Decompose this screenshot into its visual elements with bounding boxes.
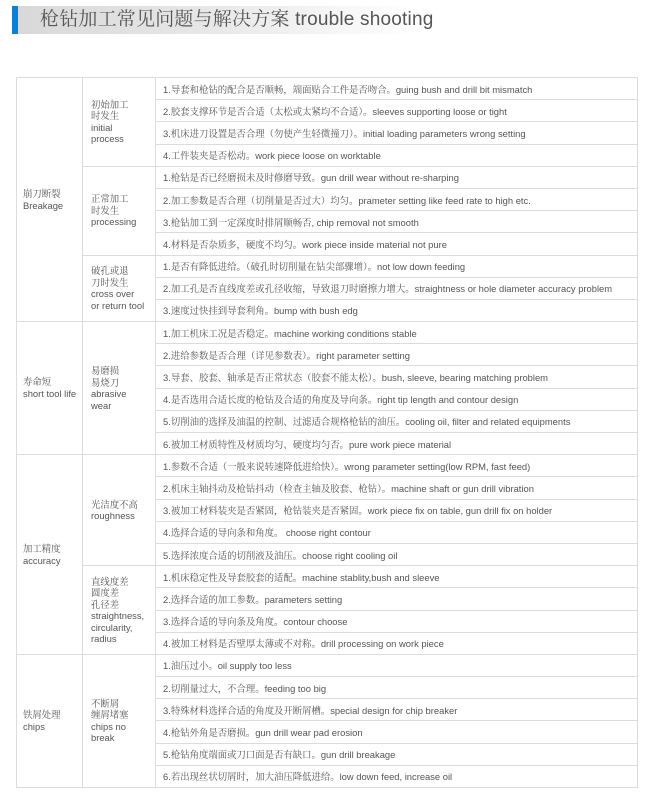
category-cell: 寿命短short tool life (17, 322, 83, 455)
solution-item: 2.进给参数是否合理（详见参数表）。right parameter settin… (156, 344, 638, 366)
symptom-label-line: chips no (91, 721, 155, 733)
symptom-label-line: process (91, 133, 155, 145)
category-cell: 铁屑处理chips (17, 654, 83, 787)
solution-item: 6.被加工材质特性及材质均匀、硬度均匀否。pure work piece mat… (156, 433, 638, 455)
category-cell: 加工精度accuracy (17, 455, 83, 655)
solution-item: 3.特殊材料选择合适的角度及开断屑槽。special design for ch… (156, 699, 638, 721)
solution-item: 1.机床稳定性及导套胶套的适配。machine stablity,bush an… (156, 566, 638, 588)
solution-item: 2.加工参数是否合理（切削量是否过大）均匀。prameter setting l… (156, 188, 638, 210)
solution-item: 4.材料是否杂质多，硬度不均匀。work piece inside materi… (156, 233, 638, 255)
category-label-en: accuracy (23, 555, 82, 567)
symptom-label-line: or return tool (91, 300, 155, 312)
symptom-label-line: 破孔或退 (91, 265, 155, 277)
symptom-label-line: 易烧刀 (91, 377, 155, 389)
symptom-label-line: straightness, (91, 610, 155, 622)
symptom-label-line: break (91, 732, 155, 744)
symptom-label-line: 圆度差 (91, 587, 155, 599)
symptom-label-line: 缠屑堵塞 (91, 709, 155, 721)
category-label-en: Breakage (23, 200, 82, 212)
header-accent-bar (12, 6, 18, 34)
symptom-label-line: abrasive (91, 388, 155, 400)
table-row: 破孔或退刀时发生cross overor return tool1.是否有降低进… (17, 255, 638, 277)
solution-item: 6.若出现丝状切屑时，加大油压降低进给。low down feed, incre… (156, 765, 638, 787)
table-row: 正常加工时发生processing1.枪钻是否已经磨损未及时修磨导致。gun d… (17, 166, 638, 188)
symptom-label-line: roughness (91, 510, 155, 522)
symptom-label-line: circularity, (91, 622, 155, 634)
solution-item: 5.枪钻角度端面或刀口面是否有缺口。gun drill breakage (156, 743, 638, 765)
symptom-label-line: 初始加工 (91, 99, 155, 111)
solution-item: 2.机床主轴抖动及枪钻抖动（检查主轴及胶套、枪钻）。machine shaft … (156, 477, 638, 499)
symptom-cell: 正常加工时发生processing (83, 166, 156, 255)
symptom-cell: 直线度差圆度差孔径差straightness,circularity,radiu… (83, 566, 156, 655)
solution-item: 2.选择合适的加工参数。parameters setting (156, 588, 638, 610)
symptom-cell: 易磨损易烧刀abrasivewear (83, 322, 156, 455)
solution-item: 5.选择浓度合适的切削液及油压。choose right cooling oil (156, 543, 638, 565)
symptom-label-line: 正常加工 (91, 193, 155, 205)
solution-item: 3.导套、胶套、轴承是否正常状态（胶套不能太松）。bush, sleeve, b… (156, 366, 638, 388)
solution-item: 3.被加工材料装夹是否紧固，枪钻装夹是否紧固。work piece fix on… (156, 499, 638, 521)
solution-item: 1.加工机床工况是否稳定。machine working conditions … (156, 322, 638, 344)
category-label-zh: 寿命短 (23, 376, 82, 388)
solution-item: 2.加工孔是否直线度差或孔径收缩，导致退刀时磨擦力增大。straightness… (156, 277, 638, 299)
section-header: 枪钻加工常见问题与解决方案 trouble shooting (12, 6, 418, 34)
solution-item: 2.切削量过大，不合理。feeding too big (156, 677, 638, 699)
symptom-cell: 光洁度不高roughness (83, 455, 156, 566)
table-row: 加工精度accuracy光洁度不高roughness1.参数不合适（一般来说转速… (17, 455, 638, 477)
table-row: 直线度差圆度差孔径差straightness,circularity,radiu… (17, 566, 638, 588)
solution-item: 5.切削油的选择及油温的控制、过滤适合规格枪钻的油压。cooling oil, … (156, 410, 638, 432)
solution-item: 4.工件装夹是否松动。work piece loose on worktable (156, 144, 638, 166)
table-row: 铁屑处理chips不断屑缠屑堵塞chips nobreak1.油压过小。oil … (17, 654, 638, 676)
category-label-zh: 铁屑处理 (23, 709, 82, 721)
symptom-label-line: processing (91, 216, 155, 228)
table-row: 崩刀断裂Breakage初始加工时发生initialprocess1.导套和枪钻… (17, 78, 638, 100)
symptom-label-line: radius (91, 633, 155, 645)
solution-item: 2.胶套支撑环节是否合适（太松或太紧均不合适）。sleeves supporti… (156, 100, 638, 122)
symptom-label-line: 光洁度不高 (91, 499, 155, 511)
solution-item: 1.枪钻是否已经磨损未及时修磨导致。gun drill wear without… (156, 166, 638, 188)
category-label-en: short tool life (23, 388, 82, 400)
solution-item: 1.参数不合适（一般来说转速降低进给快）。wrong parameter set… (156, 455, 638, 477)
solution-item: 1.导套和枪钻的配合是否顺畅，端面贴合工件是否吻合。guing bush and… (156, 78, 638, 100)
solution-item: 4.被加工材料是否壁厚太薄或不对称。drill processing on wo… (156, 632, 638, 654)
solution-item: 1.油压过小。oil supply too less (156, 654, 638, 676)
symptom-cell: 初始加工时发生initialprocess (83, 78, 156, 167)
category-label-en: chips (23, 721, 82, 733)
solution-item: 4.选择合适的导向条和角度。 choose right contour (156, 521, 638, 543)
category-cell: 崩刀断裂Breakage (17, 78, 83, 322)
symptom-label-line: cross over (91, 288, 155, 300)
symptom-label-line: 时发生 (91, 110, 155, 122)
symptom-label-line: wear (91, 400, 155, 412)
symptom-label-line: initial (91, 122, 155, 134)
symptom-label-line: 不断屑 (91, 698, 155, 710)
solution-item: 3.枪钻加工到一定深度时排屑顺畅否, chip removal not smoo… (156, 211, 638, 233)
symptom-cell: 不断屑缠屑堵塞chips nobreak (83, 654, 156, 787)
solution-item: 3.速度过快挂到导套利角。bump with bush edg (156, 299, 638, 321)
trouble-shooting-table: 崩刀断裂Breakage初始加工时发生initialprocess1.导套和枪钻… (16, 77, 638, 788)
symptom-cell: 破孔或退刀时发生cross overor return tool (83, 255, 156, 322)
solution-item: 4.是否选用合适长度的枪钻及合适的角度及导向条。right tip length… (156, 388, 638, 410)
solution-item: 3.机床进刀设置是否合理（勿使产生轻微撞刀）。initial loading p… (156, 122, 638, 144)
table-row: 寿命短short tool life易磨损易烧刀abrasivewear1.加工… (17, 322, 638, 344)
symptom-label-line: 直线度差 (91, 576, 155, 588)
symptom-label-line: 孔径差 (91, 599, 155, 611)
symptom-label-line: 刀时发生 (91, 277, 155, 289)
symptom-label-line: 易磨损 (91, 365, 155, 377)
solution-item: 1.是否有降低进给。（破孔时切削量在钻尖部骤增）。not low down fe… (156, 255, 638, 277)
symptom-label-line: 时发生 (91, 205, 155, 217)
category-label-zh: 加工精度 (23, 543, 82, 555)
solution-item: 4.枪钻外角是否磨损。gun drill wear pad erosion (156, 721, 638, 743)
solution-item: 3.选择合适的导向条及角度。contour choose (156, 610, 638, 632)
category-label-zh: 崩刀断裂 (23, 188, 82, 200)
page-title: 枪钻加工常见问题与解决方案 trouble shooting (40, 8, 434, 32)
